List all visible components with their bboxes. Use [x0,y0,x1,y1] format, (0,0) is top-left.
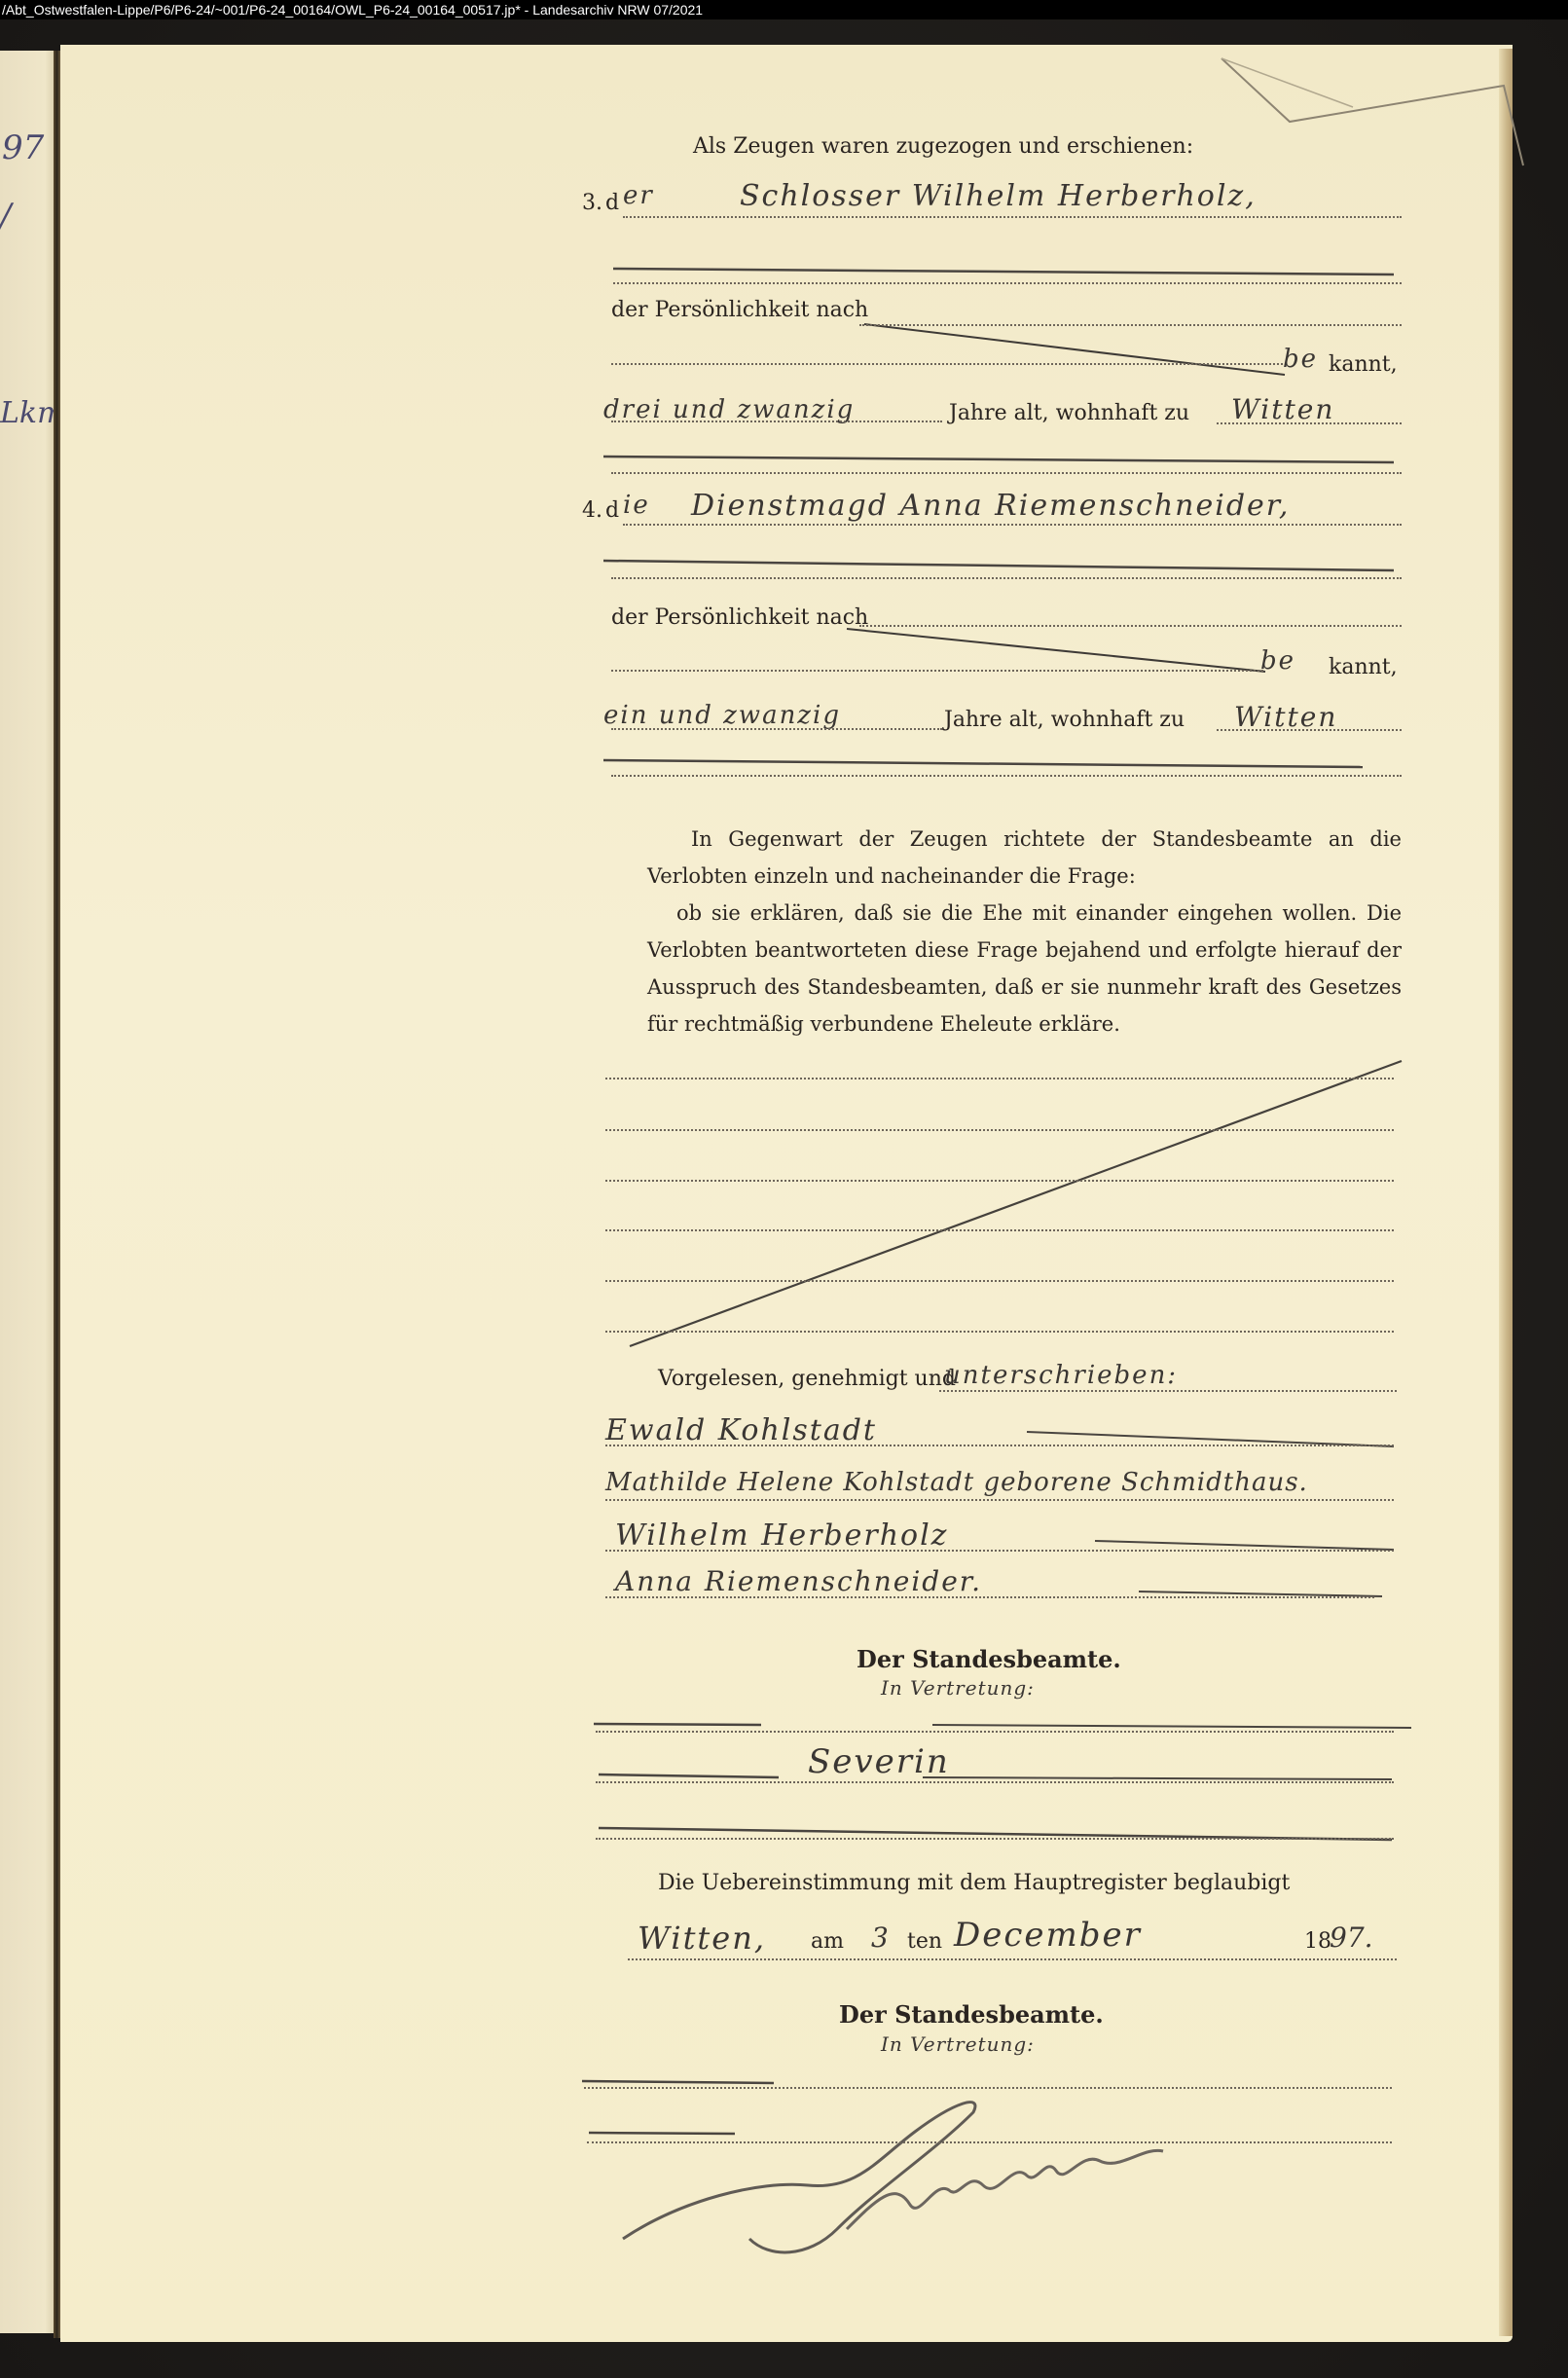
cancel-stroke [847,629,1265,672]
witness3-age-label: Jahre alt, wohnhaft zu [949,401,1189,425]
certification-ten: ten [907,1929,942,1954]
question-paragraph: In Gegenwart der Zeugen richtete der Sta… [647,821,1402,1043]
signature-flourish [623,2103,975,2252]
fill-line [1217,422,1402,424]
witness4-identity-label: der Persönlichkeit nach [611,605,868,630]
fill-line [613,282,1402,284]
fill-line [611,363,1283,365]
witness4-number: 4. [582,498,602,523]
witness3-identity-label: der Persönlichkeit nach [611,298,868,322]
read-approved-hand: unterschrieben: [944,1361,1178,1390]
cancel-stroke [864,324,1285,375]
fill-line [605,1129,1394,1131]
registrar-deputy: In Vertretung: [881,1676,1035,1700]
witness3-article-hand: er [623,181,654,210]
fill-line [859,625,1402,627]
registrar2-signature: Severin [1129,2137,1147,2138]
fill-line [1217,729,1402,731]
fill-line [605,1331,1394,1333]
fill-line [587,2141,1392,2143]
registrar-title: Der Standesbeamte. [857,1645,1121,1673]
signature-groom: Ewald Kohlstadt [605,1413,877,1447]
certification-day: 3 [871,1921,891,1954]
witness3-known-hand: be [1283,345,1318,374]
witness3-article-printed: d [605,191,619,215]
fill-line [939,1390,1397,1392]
witness4-age: ein und zwanzig [603,701,841,730]
witness3-residence: Witten [1231,393,1334,425]
witness3-number: 3. [582,191,602,215]
fill-line [605,1550,1394,1552]
question-paragraph-line1: In Gegenwart der Zeugen richtete der Sta… [647,821,1402,895]
certification-am: am [811,1929,844,1954]
signature-bride: Mathilde Helene Kohlstadt geborene Schmi… [605,1468,1308,1497]
witness4-article-printed: d [605,498,619,523]
fill-line [611,421,942,422]
fill-line [584,2087,1392,2089]
fill-line [605,1445,1394,1446]
certification-month: December [954,1916,1142,1955]
fill-line [605,1280,1394,1282]
signature-witness4: Anna Riemenschneider. [615,1565,982,1597]
fill-line [623,524,1402,526]
signature-witness3: Wilhelm Herberholz [615,1518,949,1553]
diagonal-strike [630,1061,1402,1346]
fill-line [859,324,1402,326]
fill-line [605,1180,1394,1182]
registrar2-title: Der Standesbeamte. [839,2000,1104,2029]
read-approved-label: Vorgelesen, genehmigt und [658,1367,956,1391]
witness3-occupation-name: Schlosser Wilhelm Herberholz, [740,179,1257,213]
fill-line [605,1229,1394,1231]
certification-label: Die Uebereinstimmung mit dem Hauptregist… [658,1871,1290,1895]
witness4-age-label: Jahre alt, wohnhaft zu [944,708,1185,732]
witness4-article-hand: ie [623,491,650,520]
fill-line [611,577,1402,579]
fill-line [605,1596,1374,1598]
fill-line [596,1781,1394,1783]
fill-line [596,1731,1394,1733]
witness-heading: Als Zeugen waren zugezogen und erschiene… [693,134,1193,159]
certification-year-printed: 18 [1304,1929,1331,1954]
fill-line [611,670,1263,672]
certification-year-hand: 97. [1330,1921,1373,1954]
witness4-occupation-name: Dienstmagd Anna Riemenschneider, [691,489,1290,523]
fill-line [623,216,1402,218]
registrar2-deputy: In Vertretung: [881,2032,1035,2056]
registrar-signature: Severin [808,1742,950,1781]
fill-line [605,1078,1394,1079]
certification-place: Witten, [638,1920,766,1957]
witness4-known-hand: be [1260,646,1295,676]
question-paragraph-line2: ob sie erklären, daß sie die Ehe mit ein… [647,895,1402,1043]
fill-line [611,728,942,730]
fill-line [628,1958,1397,1960]
fill-line [611,775,1402,777]
witness4-known-printed: kannt, [1329,655,1398,679]
fill-line [605,1499,1394,1501]
witness3-known-printed: kannt, [1329,352,1398,377]
fill-line [611,472,1402,474]
fill-line [596,1838,1394,1840]
